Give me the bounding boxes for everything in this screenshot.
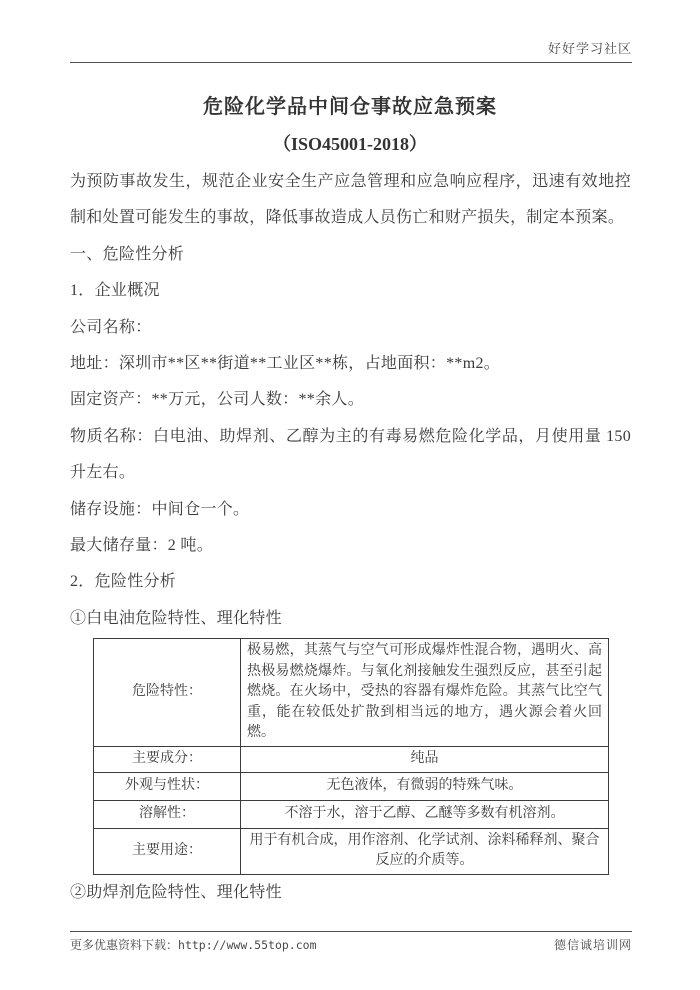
table-row: 危险特性： 极易燃，其蒸气与空气可形成爆炸性混合物，遇明火、高热极易燃烧爆炸。与… (94, 639, 609, 747)
table-row: 溶解性： 不溶于水，溶于乙醇、乙醚等多数有机溶剂。 (94, 800, 609, 828)
row-label: 外观与性状： (94, 772, 241, 800)
footer-site-name: 德信诚培训网 (554, 936, 632, 953)
item-heading-white-oil: ①白电油危险特性、理化特性 (70, 601, 631, 637)
table-row: 主要用途： 用于有机合成，用作溶剂、化学试剂、涂料稀释剂、聚合反应的介质等。 (94, 828, 609, 874)
table-row: 外观与性状： 无色液体，有微弱的特殊气味。 (94, 772, 609, 800)
doc-subtitle: （ISO45001-2018） (0, 130, 700, 156)
header-site-label: 好好学习社区 (548, 41, 632, 56)
paragraph-max-storage: 最大储存量：2 吨。 (70, 528, 631, 564)
table-row: 主要成分： 纯品 (94, 746, 609, 772)
paragraph-substances: 物质名称：白电油、助焊剂、乙醇为主的有毒易燃危险化学品，月使用量 150升左右。 (70, 419, 631, 492)
doc-title: 危险化学品中间仓事故应急预案 (0, 90, 700, 119)
row-label: 溶解性： (94, 800, 241, 828)
paragraph-intro: 为预防事故发生，规范企业安全生产应急管理和应急响应程序，迅速有效地控制和处置可能… (70, 164, 631, 237)
doc-body: 为预防事故发生，规范企业安全生产应急管理和应急响应程序，迅速有效地控制和处置可能… (70, 164, 631, 911)
subsection-heading-company: 1．企业概况 (70, 273, 631, 309)
row-value: 无色液体，有微弱的特殊气味。 (241, 772, 609, 800)
footer-url: http://www.55top.com (178, 938, 316, 952)
row-value: 不溶于水，溶于乙醇、乙醚等多数有机溶剂。 (241, 800, 609, 828)
row-value: 用于有机合成，用作溶剂、化学试剂、涂料稀释剂、聚合反应的介质等。 (241, 828, 609, 874)
subsection-heading-hazard: 2．危险性分析 (70, 564, 631, 600)
section-heading-1: 一、危险性分析 (70, 237, 631, 273)
item-heading-flux: ②助焊剂危险特性、理化特性 (70, 875, 631, 911)
row-value: 极易燃，其蒸气与空气可形成爆炸性混合物，遇明火、高热极易燃烧爆炸。与氧化剂接触发… (241, 639, 609, 747)
paragraph-company-name: 公司名称： (70, 310, 631, 346)
footer-download-note: 更多优惠资料下载：http://www.55top.com (70, 936, 317, 953)
paragraph-assets: 固定资产：**万元，公司人数：**余人。 (70, 382, 631, 418)
hazard-properties-table: 危险特性： 极易燃，其蒸气与空气可形成爆炸性混合物，遇明火、高热极易燃烧爆炸。与… (93, 638, 609, 875)
row-label: 主要用途： (94, 828, 241, 874)
document-page: { "header": { "site": "好好学习社区" }, "docum… (0, 0, 700, 990)
paragraph-storage-facility: 储存设施：中间仓一个。 (70, 492, 631, 528)
row-label: 主要成分： (94, 746, 241, 772)
row-label: 危险特性： (94, 639, 241, 747)
paragraph-address: 地址：深圳市**区**街道**工业区**栋，占地面积：**m2。 (70, 346, 631, 382)
footer-download-label: 更多优惠资料下载： (70, 938, 178, 952)
row-value: 纯品 (241, 746, 609, 772)
page-footer: 更多优惠资料下载：http://www.55top.com 德信诚培训网 (70, 931, 632, 953)
page-header: 好好学习社区 (70, 38, 632, 63)
